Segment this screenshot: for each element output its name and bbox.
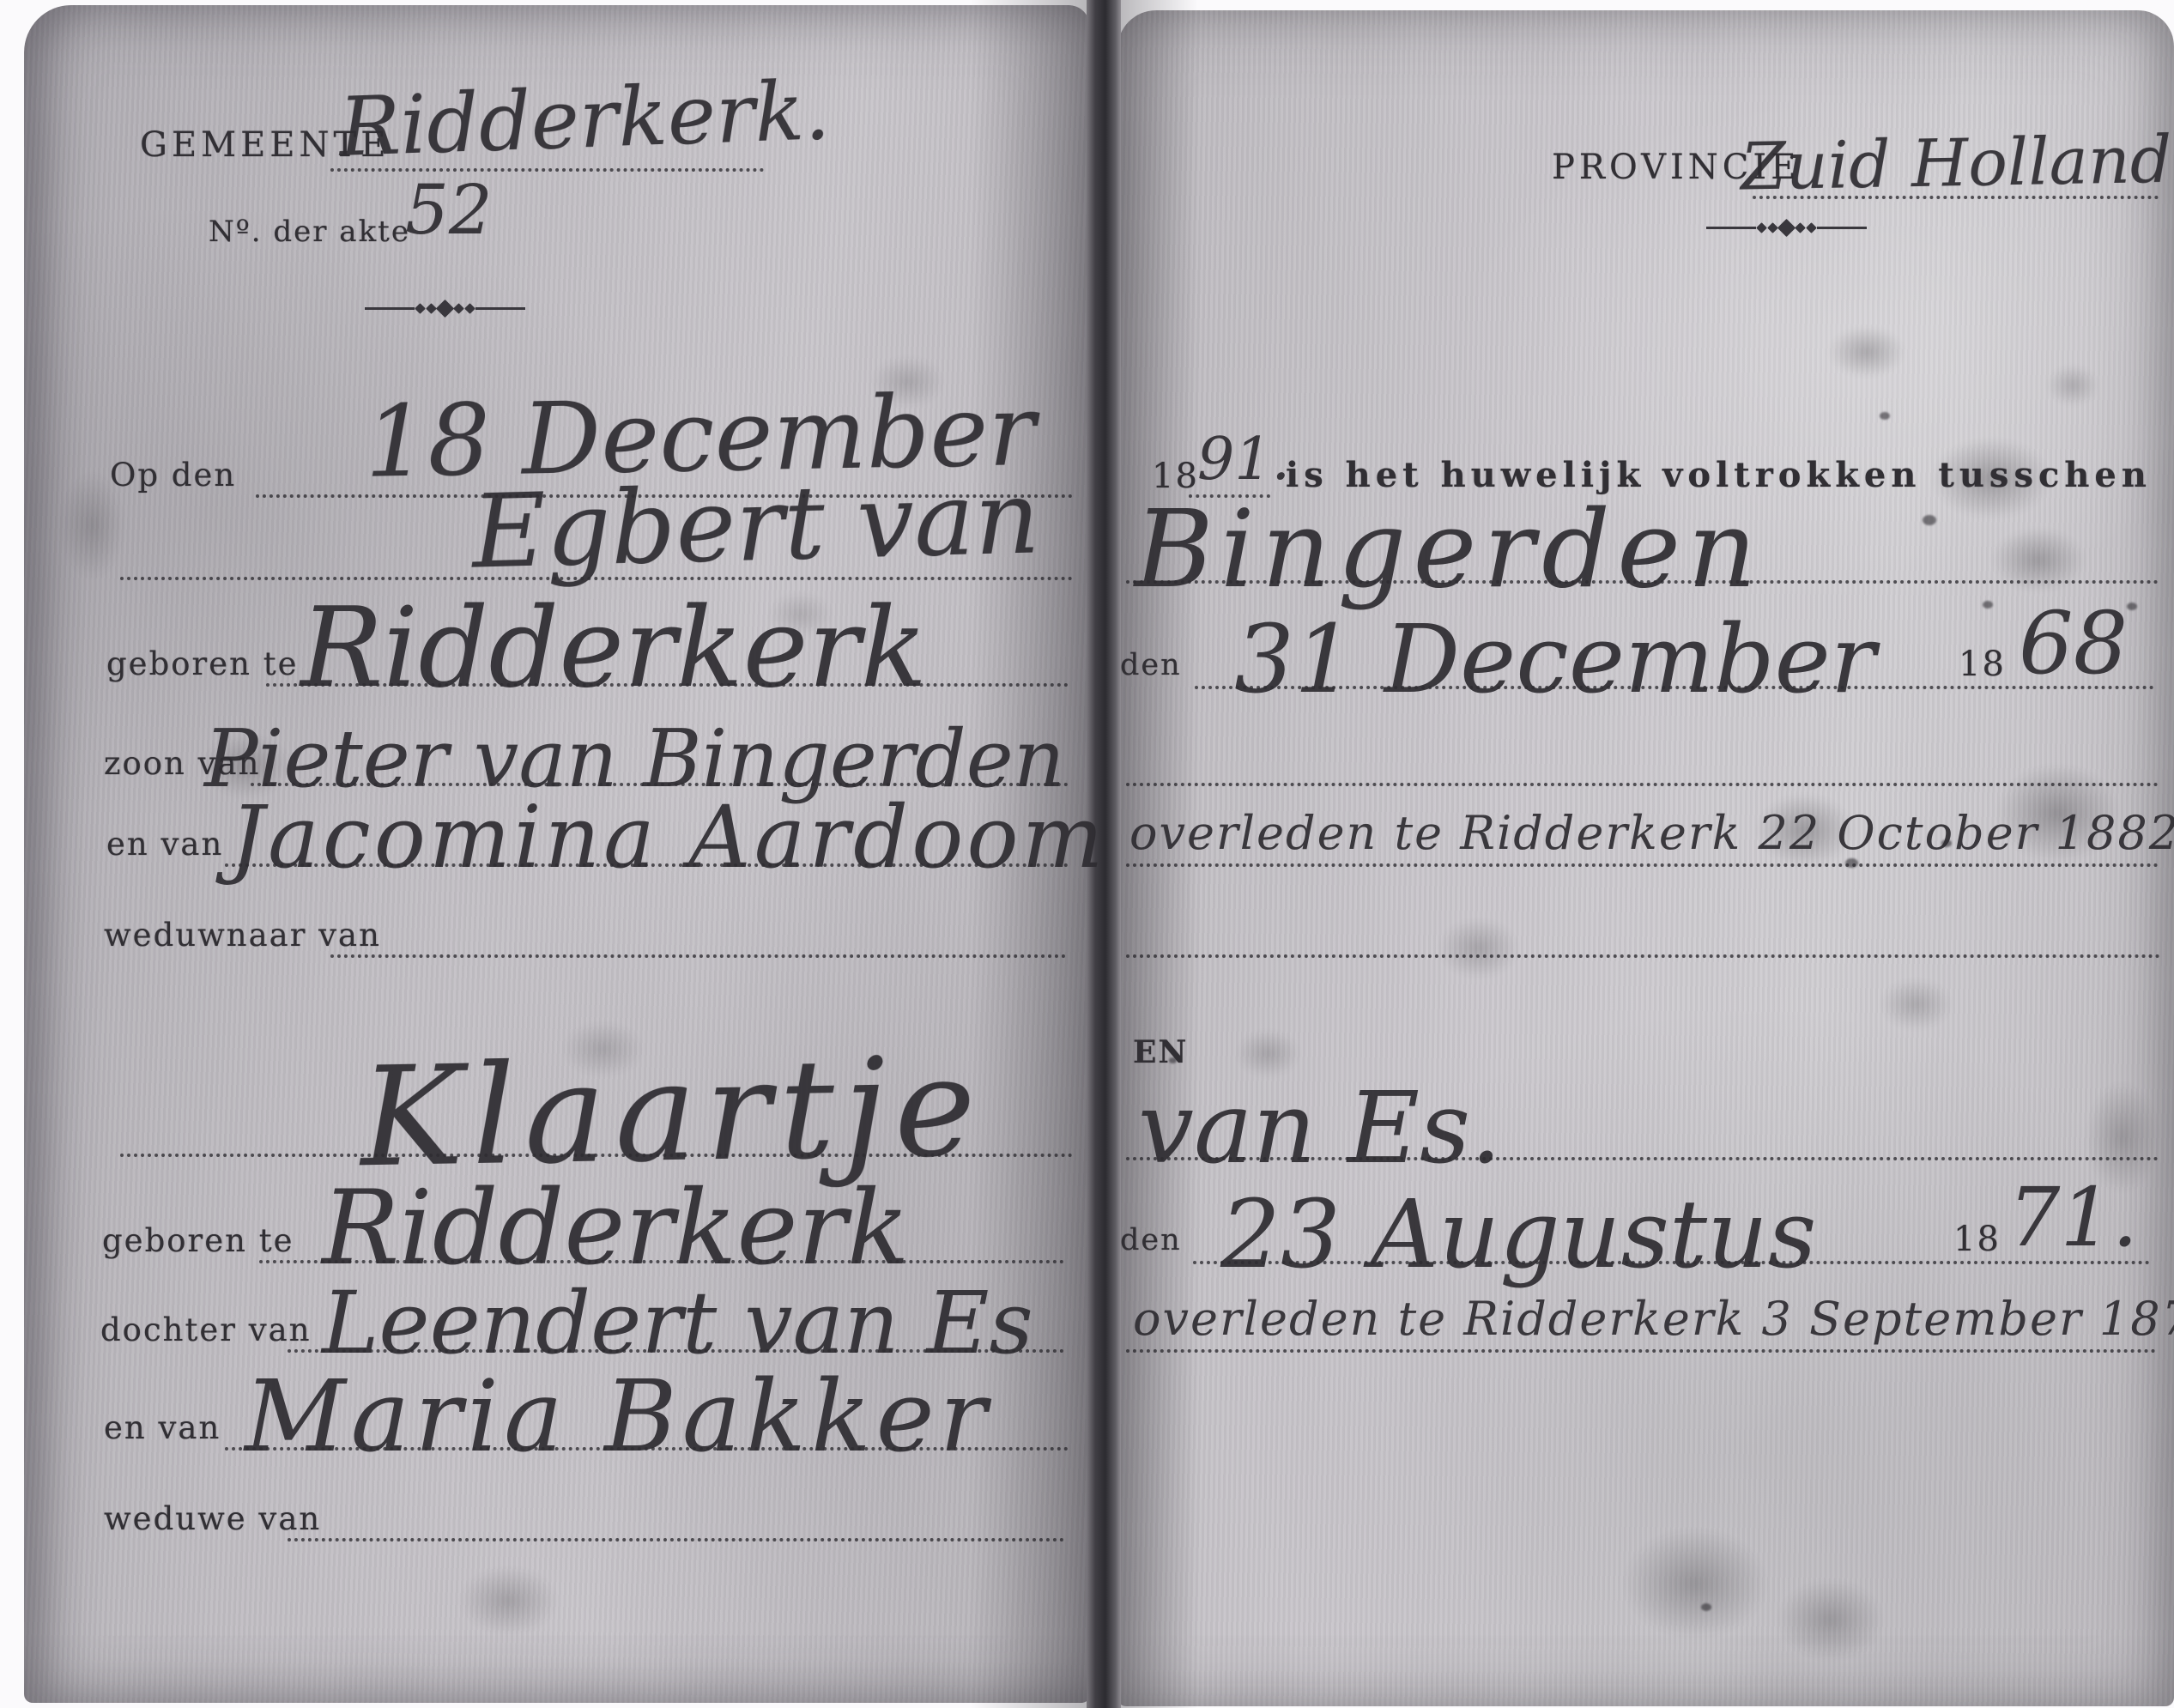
groom-mother-death-note-handwritten: overleden te Ridderkerk 22 October 1882.: [1129, 810, 2174, 857]
weduwe-van-label: weduwe van: [104, 1500, 321, 1537]
provincie-handwritten-value: Zuid Holland.: [1740, 126, 2174, 199]
groom-birth-day-month-handwritten: 31 December: [1234, 612, 1875, 706]
groom-name-handwritten: Egbert van: [471, 466, 1041, 582]
akte-number-label: Nº. der akte: [209, 215, 410, 249]
marriage-year-handwritten: 91.: [1197, 431, 1290, 489]
bride-geboren-te-label: geboren te: [102, 1222, 294, 1259]
groom-father-continued-dotted-line: [1126, 783, 2159, 786]
groom-birth-year-prefix-printed: 18: [1959, 645, 2006, 684]
bride-den-label: den: [1120, 1223, 1182, 1257]
bride-name-handwritten: Klaartje: [360, 1039, 985, 1187]
bride-birth-year-handwritten: 71.: [2008, 1178, 2138, 1259]
bride-birth-year-prefix-printed: 18: [1953, 1220, 2001, 1259]
groom-mother-handwritten: Jacomina Aardoom: [230, 795, 1106, 881]
weduwe-dotted-line: [288, 1538, 1064, 1541]
bride-father-death-note-handwritten: overleden te Ridderkerk 3 September 1875…: [1133, 1296, 2174, 1342]
akte-number-handwritten: 52: [405, 176, 493, 245]
op-den-label: Op den: [110, 457, 236, 494]
groom-mother-continued-dotted-line: [1126, 863, 2159, 867]
bride-name-continued-handwritten: van Es.: [1138, 1080, 1502, 1178]
ornament-divider: [1706, 221, 1867, 234]
ornament-divider: [365, 302, 525, 315]
groom-den-label: den: [1120, 648, 1182, 682]
groom-name-continued-handwritten: Bingerden: [1135, 496, 1764, 603]
bride-en-van-label: en van: [104, 1409, 221, 1446]
bride-birthplace-handwritten: Ridderkerk: [322, 1178, 910, 1281]
weduwnaar-dotted-line: [330, 954, 1066, 958]
weduwnaar-continued-dotted-line: [1126, 954, 2160, 958]
weduwnaar-van-label: weduwnaar van: [104, 917, 381, 954]
bride-birth-day-month-handwritten: 23 Augustus: [1220, 1187, 1816, 1281]
groom-geboren-te-label: geboren te: [106, 645, 298, 682]
gemeente-handwritten-value: Ridderkerk.: [338, 70, 832, 169]
bride-mother-handwritten: Maria Bakker: [245, 1368, 992, 1467]
en-conjunction-label: EN: [1133, 1034, 1188, 1070]
bride-father-handwritten: Leendert van Es: [322, 1281, 1033, 1366]
groom-birthplace-handwritten: Ridderkerk: [300, 594, 927, 704]
groom-en-van-label: en van: [106, 826, 223, 863]
dochter-van-label: dochter van: [100, 1311, 312, 1348]
groom-birth-year-handwritten: 68: [2019, 601, 2128, 687]
marriage-certificate-scan: GEMEENTE Ridderkerk. Nº. der akte 52 Op …: [0, 0, 2174, 1708]
bride-father-continued-dotted-line: [1126, 1349, 2156, 1353]
